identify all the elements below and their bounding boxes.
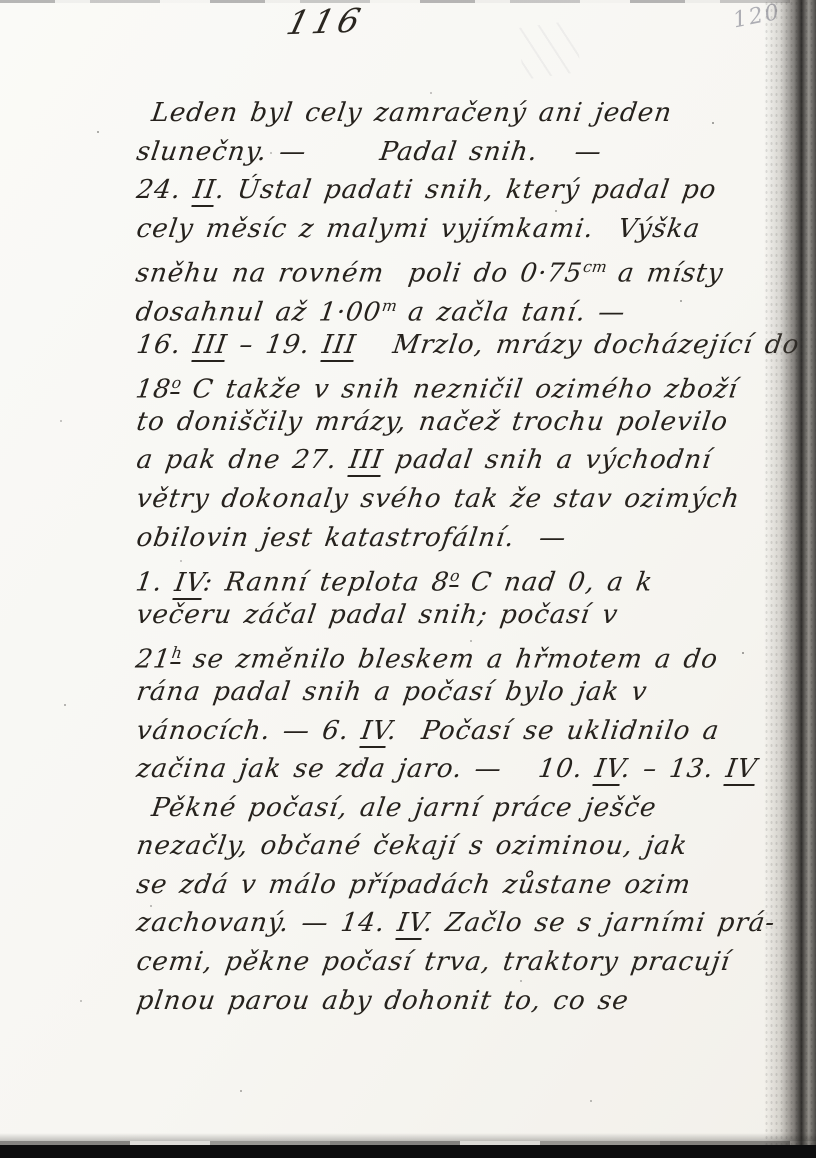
handwritten-line: plnou parou aby dohonit to, co se — [134, 982, 729, 1021]
handwriting-segment: a začla taní. — — [394, 298, 628, 328]
ink-showthrough-marks — [517, 20, 582, 80]
handwriting-segment: III — [320, 330, 358, 362]
handwriting-segment: : Ranní teplota 8 — [201, 568, 451, 598]
handwriting-segment: . – 13. — [620, 754, 729, 784]
handwriting-segment: a pak dne 27. — [135, 445, 352, 475]
page-number-ink: 116 — [283, 1, 369, 43]
handwritten-line: 1. IV: Ranní teplota 8o C nad 0, a k — [134, 557, 729, 596]
handwriting-segment: obilovin jest katastrofální. — — [135, 523, 569, 553]
handwriting-segment: plnou parou aby dohonit to, co se — [135, 986, 631, 1016]
handwritten-line: dosahnul až 1·00m a začla taní. — — [134, 287, 729, 326]
handwritten-line: 18o C takže v snih nezničil ozimého zbož… — [134, 364, 729, 403]
handwritten-line: vánocích. — 6. IV. Počasí se uklidnilo a — [134, 712, 729, 751]
handwriting-segment: zachovaný. — 14. — [135, 908, 400, 938]
handwriting-segment: slunečny. — Padal snih. — — [135, 137, 604, 167]
handwriting-segment: cely měsíc z malymi vyjímkami. Výška — [135, 214, 703, 244]
handwritten-line: to doniščily mrázy, načež trochu polevil… — [134, 403, 729, 442]
handwritten-line: večeru záčal padal snih; počasí v — [134, 596, 729, 635]
handwriting-segment: 24. — [135, 175, 196, 205]
handwriting-segment: se změnilo bleskem a hřmotem a do — [179, 645, 720, 675]
binding-shadow-right — [764, 0, 816, 1158]
handwritten-line: Leden byl cely zamračený ani jeden — [134, 94, 729, 133]
handwriting-segment: Mrzlo, mrázy docházející do — [354, 330, 801, 360]
handwritten-line: 24. II. Ústal padati snih, který padal p… — [134, 171, 729, 210]
handwriting-segment: začina jak se zda jaro. — 10. — [135, 754, 598, 784]
handwriting-segment: Pěkné počasí, ale jarní práce ješče — [150, 793, 659, 823]
handwriting-segment: rána padal snih a počasí bylo jak v — [135, 677, 650, 707]
handwriting-segment: to doniščily mrázy, načež trochu polevil… — [135, 407, 730, 437]
handwriting-segment: IV — [724, 754, 760, 786]
handwriting-segment: větry dokonaly svého tak že stav ozimých — [135, 484, 742, 514]
handwriting-segment: – 19. — [225, 330, 324, 360]
handwriting-segment: vánocích. — 6. — [135, 716, 364, 746]
handwriting-segment: 21 — [134, 645, 173, 675]
handwritten-line: rána padal snih a počasí bylo jak v — [134, 673, 729, 712]
handwritten-line: cely měsíc z malymi vyjímkami. Výška — [134, 210, 729, 249]
handwriting-segment: večeru záčal padal snih; počasí v — [135, 600, 621, 630]
handwriting-segment: III — [347, 445, 385, 477]
handwriting-segment: . Počasí se uklidnilo a — [386, 716, 722, 746]
handwritten-line: začina jak se zda jaro. — 10. IV. – 13. … — [134, 750, 729, 789]
handwritten-line: zachovaný. — 14. IV. Začlo se s jarními … — [134, 904, 729, 943]
handwriting-segment: nezačly, občané čekají s oziminou, jak — [135, 831, 690, 861]
handwriting-segment: se zdá v málo případách zůstane ozim — [135, 870, 693, 900]
handwriting-segment: 16. — [135, 330, 196, 360]
handwriting-segment: 1. — [134, 568, 177, 598]
handwritten-line: 16. III – 19. III Mrzlo, mrázy docházejí… — [134, 326, 729, 365]
handwritten-line: obilovin jest katastrofální. — — [134, 519, 729, 558]
handwritten-line: cemi, pěkne počasí trva, traktory pracuj… — [134, 943, 729, 982]
handwriting-segment: sněhu na rovném poli do 0·75 — [134, 259, 585, 289]
handwritten-line: větry dokonaly svého tak že stav ozimých — [134, 480, 729, 519]
handwritten-line: nezačly, občané čekají s oziminou, jak — [134, 827, 729, 866]
handwriting-segment: dosahnul až 1·00 — [134, 298, 384, 328]
handwritten-line: Pěkné počasí, ale jarní práce ješče — [134, 789, 729, 828]
handwriting-segment: Leden byl cely zamračený ani jeden — [150, 98, 675, 128]
handwritten-line: 21h se změnilo bleskem a hřmotem a do — [134, 634, 729, 673]
handwritten-text-block: Leden byl cely zamračený ani jedensluneč… — [134, 94, 724, 1020]
handwritten-line: slunečny. — Padal snih. — — [134, 133, 729, 172]
handwriting-segment: cemi, pěkne počasí trva, traktory pracuj… — [135, 947, 733, 977]
handwriting-segment: cm — [582, 258, 608, 276]
handwriting-segment: III — [191, 330, 229, 362]
handwritten-line: a pak dne 27. III padal snih a východní — [134, 441, 729, 480]
handwriting-segment: padal snih a východní — [381, 445, 714, 475]
handwritten-line: se zdá v málo případách zůstane ozim — [134, 866, 729, 905]
handwritten-line: sněhu na rovném poli do 0·75cm a místy — [134, 248, 729, 287]
handwriting-segment: . Ústal padati snih, který padal po — [214, 175, 719, 205]
handwriting-segment: a místy — [604, 259, 726, 289]
scan-bottom-edge — [0, 1145, 816, 1158]
handwriting-segment: . Začlo se s jarními prá- — [422, 908, 777, 938]
scanned-chronicle-page: 116 120 Leden byl cely zamračený ani jed… — [0, 0, 816, 1158]
handwriting-segment: C nad 0, a k — [457, 568, 655, 598]
handwriting-segment: 18 — [134, 375, 173, 405]
handwriting-segment: C takže v snih nezničil ozimého zboží — [178, 375, 740, 405]
scan-top-edge — [0, 0, 816, 3]
